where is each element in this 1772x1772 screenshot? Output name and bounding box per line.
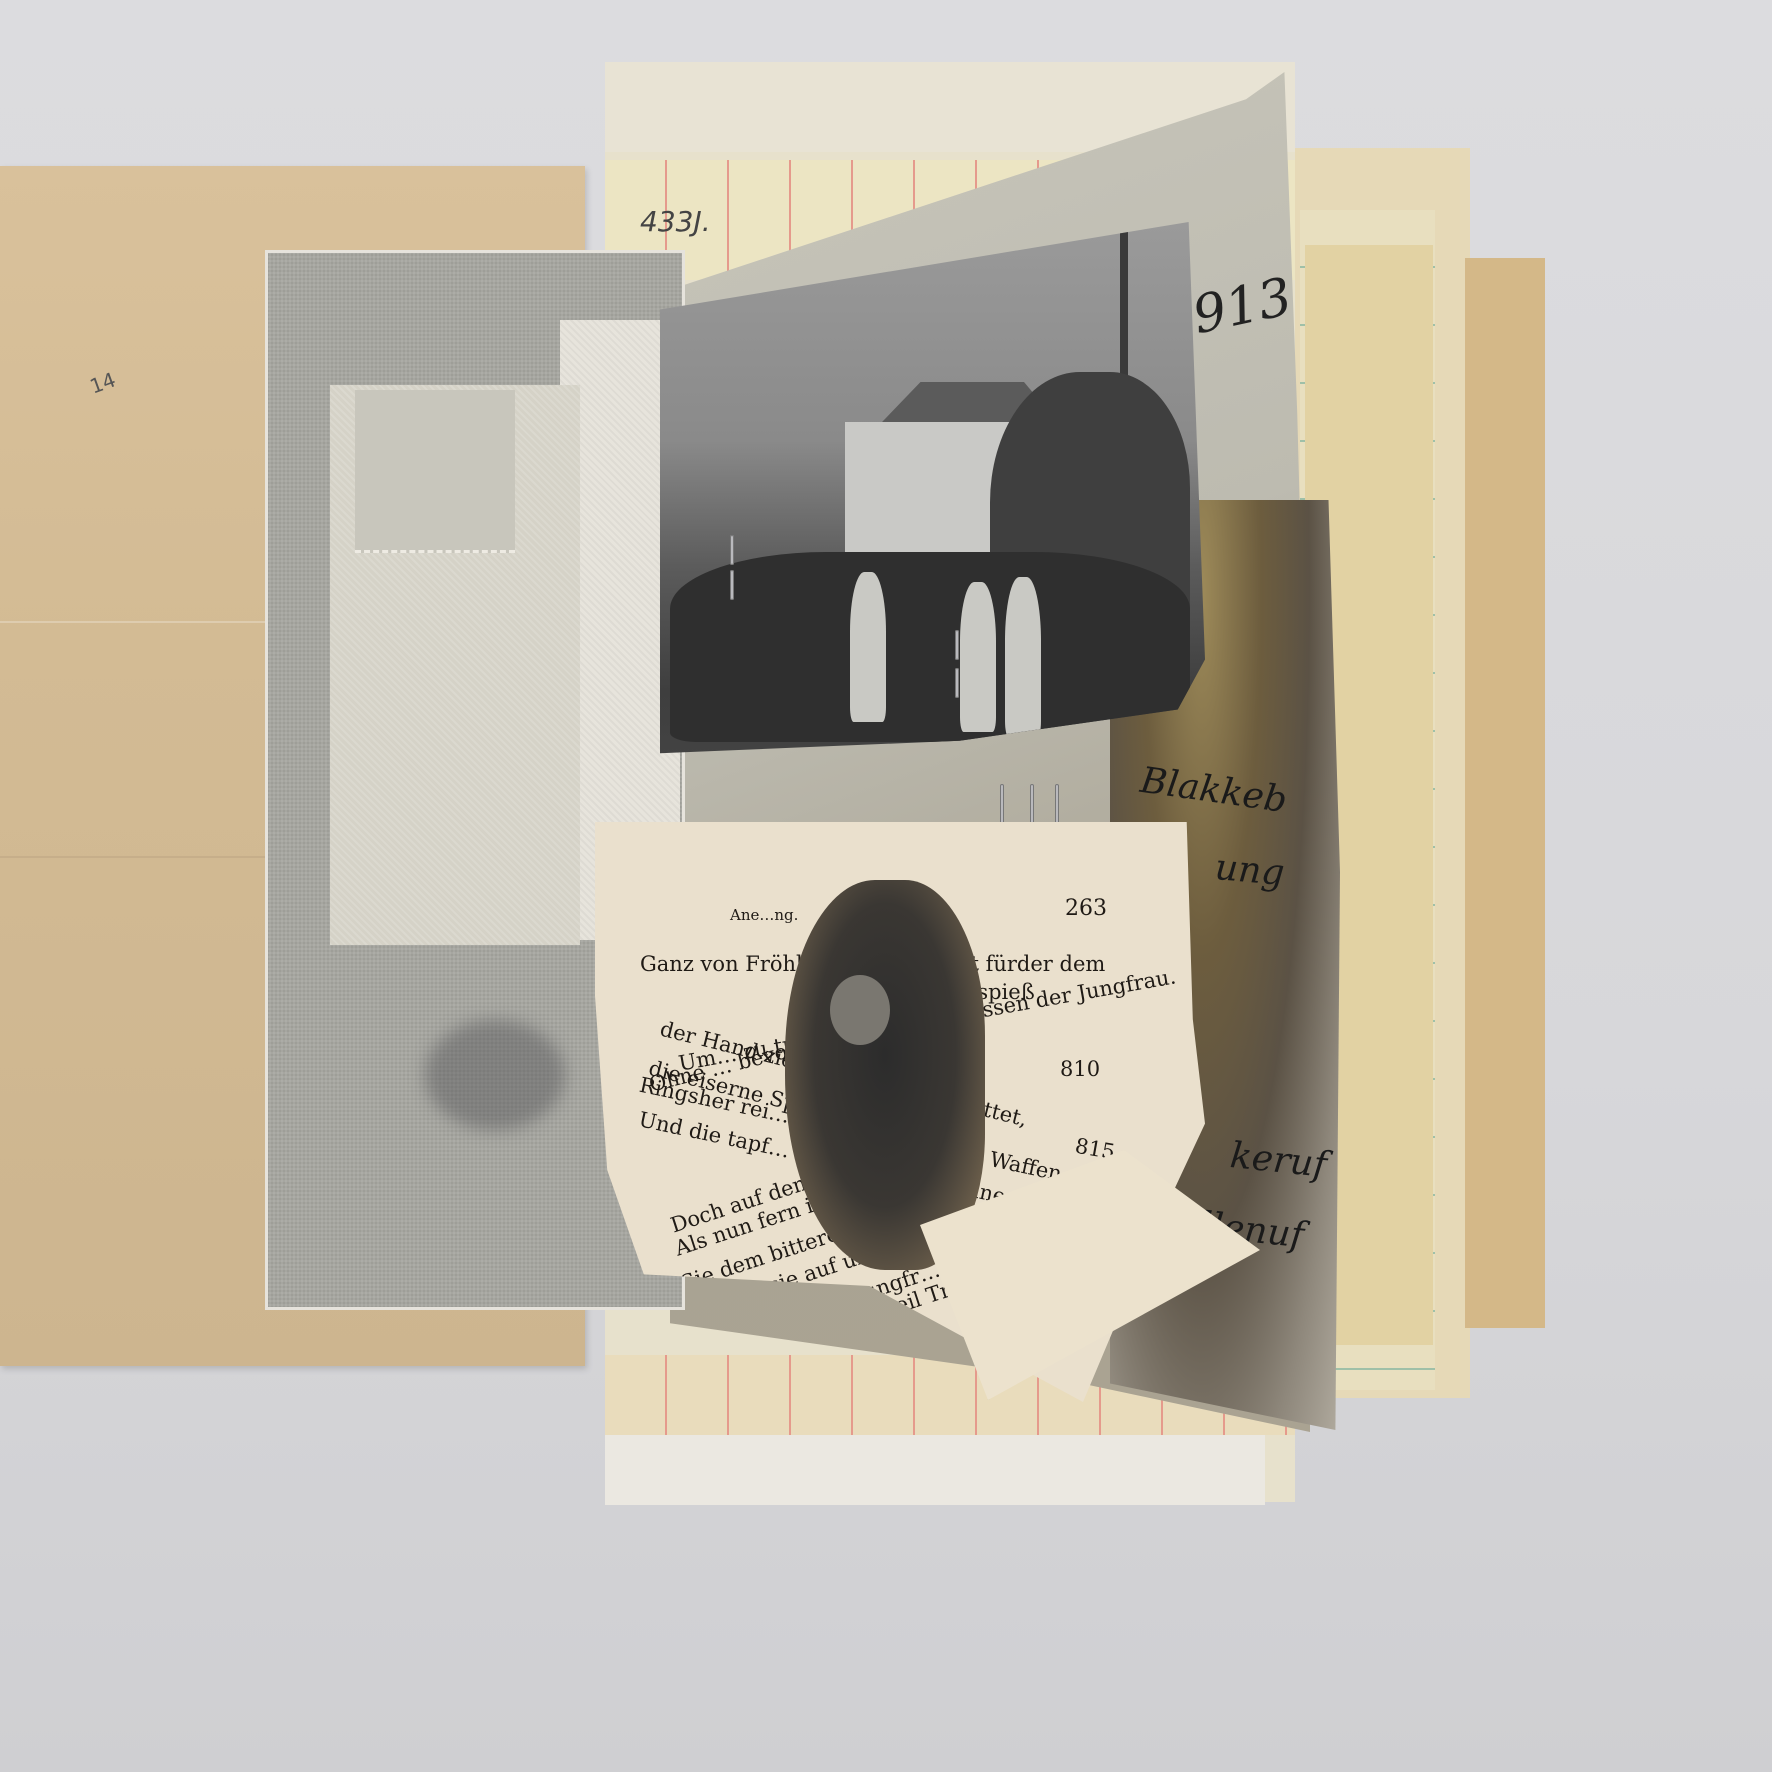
staple-icon — [955, 668, 959, 698]
staple-icon — [1000, 784, 1004, 824]
page-header: Ane…ng. — [730, 906, 798, 924]
page-number: 263 — [1065, 896, 1107, 921]
staple-icon — [955, 630, 959, 660]
marble-handwriting-2: ung — [1213, 847, 1286, 894]
staple-icon — [1030, 784, 1034, 824]
stitched-fabric-patch — [355, 390, 515, 553]
staple-icon — [1055, 784, 1059, 824]
line-number: 810 — [1060, 1057, 1100, 1081]
staple-icon — [730, 570, 734, 600]
burned-hole-portrait — [785, 880, 985, 1270]
paper-stack-right-3 — [1465, 258, 1545, 1328]
portrait-face — [830, 975, 890, 1045]
torn-white-paper-strip — [605, 1435, 1265, 1505]
staple-icon — [730, 535, 734, 565]
left-page-pencil-mark: 14 — [87, 367, 119, 398]
ledger-number-handwriting: 433J. — [640, 205, 711, 238]
